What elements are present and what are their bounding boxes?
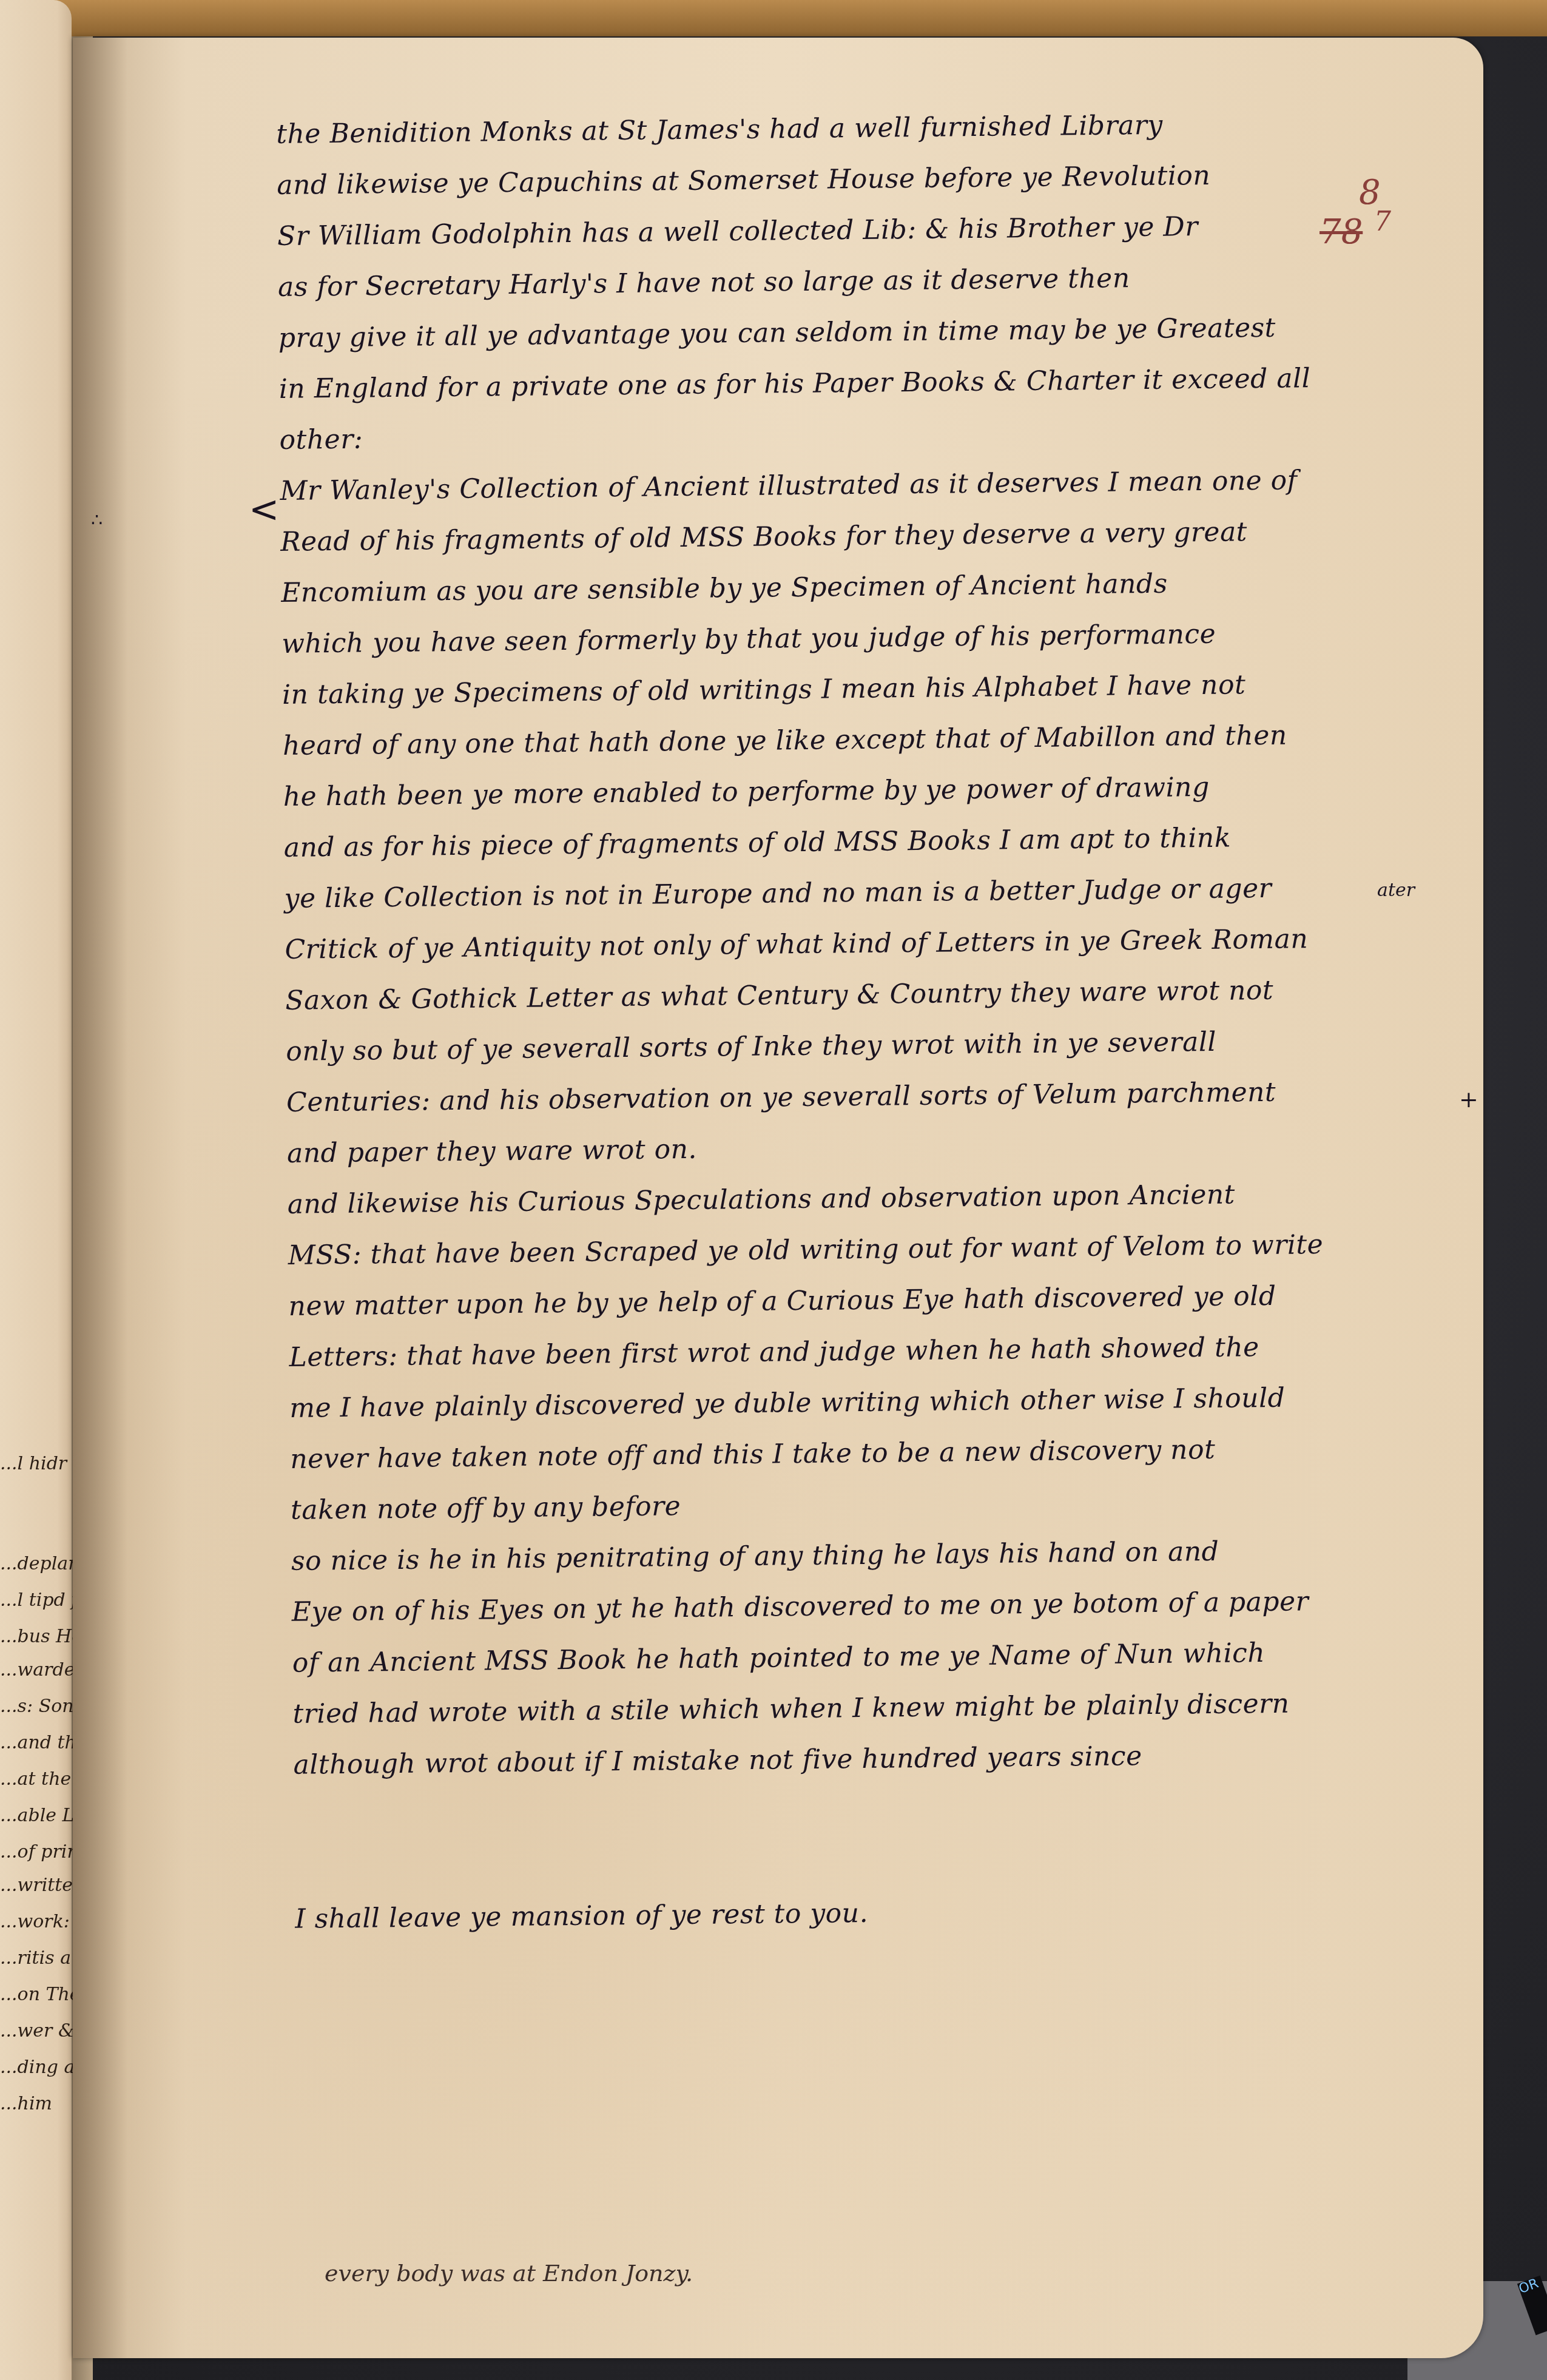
left-page-fragment: ...ding a <box>0 2057 85 2078</box>
left-page-fragment: ...bus Hous <box>0 1626 85 1648</box>
left-page-fragment: ...at the <box>0 1768 85 1790</box>
letter-body: the Benidition Monks at St James's had a… <box>276 96 1515 1945</box>
left-page-fragment: ...wer & wh <box>0 2020 85 2042</box>
left-page-fragment: ...and the <box>0 1732 85 1754</box>
left-page-fragment: ...able Lin <box>0 1805 85 1827</box>
margin-dots-mark: ∴ <box>91 510 103 531</box>
left-page-fragment: ...deplan <box>0 1553 85 1575</box>
left-page-fragment: ...on Them <box>0 1984 85 2006</box>
margin-bracket-mark: < <box>249 488 279 531</box>
left-page-fragment: ...him <box>0 2093 85 2115</box>
footer-annotation: every body was at Endon Jonzy. <box>325 2260 693 2287</box>
left-page-fragment: ...written <box>0 1875 85 1896</box>
binding-gutter-shadow <box>73 38 127 2358</box>
left-page-fragment: ...s: Songs <box>0 1696 85 1718</box>
left-page-fragment: ...wardes <box>0 1659 85 1681</box>
wooden-table-edge <box>0 0 1547 36</box>
left-page-fragment: ...ritis a <box>0 1947 85 1969</box>
left-page-fragment: ...work: & <box>0 1911 85 1933</box>
left-page-fragment: ...l hidr pom <box>0 1453 85 1475</box>
interlinear-insertion: ater <box>1377 880 1415 901</box>
insertion-mark: + <box>1459 1086 1478 1113</box>
left-page-fragment: ...of prin <box>0 1841 85 1863</box>
left-page-fragment: ...l tipd fo <box>0 1589 85 1611</box>
